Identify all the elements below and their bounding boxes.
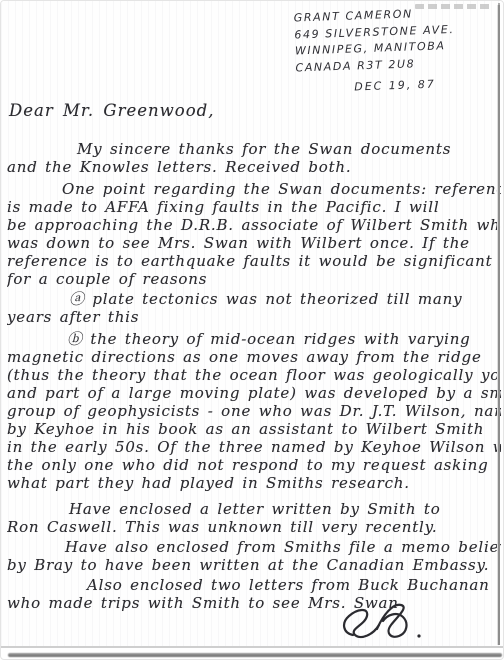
letter-line: group of geophysicists - one who was Dr.… — [7, 402, 501, 420]
page-bottom-edge — [1, 646, 503, 648]
salutation: Dear Mr. Greenwood, — [9, 101, 214, 120]
letter-line: Have also enclosed from Smiths file a me… — [7, 538, 501, 556]
letter-line: in the early 50s. Of the three named by … — [7, 438, 501, 456]
letter-line-item-b: ⓑ the theory of mid-ocean ridges with va… — [7, 330, 501, 348]
letter-line: be approaching the D.R.B. associate of W… — [7, 216, 501, 234]
letter-line: for a couple of reasons — [7, 270, 501, 288]
letter-line: the only one who did not respond to my r… — [7, 456, 501, 474]
scanned-letter-image: GRANT CAMERON 649 SILVERSTONE AVE. WINNI… — [0, 0, 504, 660]
letter-line: (thus the theory that the ocean floor wa… — [7, 366, 501, 384]
letter-line: years after this — [7, 308, 501, 326]
sender-address-block: GRANT CAMERON 649 SILVERSTONE AVE. WINNI… — [294, 4, 497, 98]
letter-line: Ron Caswell. This was unknown till very … — [7, 518, 501, 536]
letter-line: magnetic directions as one moves away fr… — [7, 348, 501, 366]
letter-line: and the Knowles letters. Received both. — [7, 158, 501, 176]
letter-line: is made to AFFA fixing faults in the Pac… — [7, 198, 501, 216]
letter-body: My sincere thanks for the Swan documents… — [7, 140, 501, 612]
signature — [339, 599, 431, 643]
letter-line: One point regarding the Swan documents: … — [7, 180, 501, 198]
letter-line: and part of a large moving plate) was de… — [7, 384, 501, 402]
letter-line: was down to see Mrs. Swan with Wilbert o… — [7, 234, 501, 252]
scan-bottom-shadow — [8, 653, 502, 657]
letter-page: GRANT CAMERON 649 SILVERSTONE AVE. WINNI… — [1, 1, 503, 647]
scan-right-edge — [498, 5, 500, 645]
letter-line: reference is to earthquake faults it wou… — [7, 252, 501, 270]
letter-line: by Keyhoe in his book as an assistant to… — [7, 420, 501, 438]
letter-line: My sincere thanks for the Swan documents — [7, 140, 501, 158]
letter-line: what part they had played in Smiths rese… — [7, 474, 501, 492]
letter-line: by Bray to have been written at the Cana… — [7, 556, 501, 574]
letter-line: Also enclosed two letters from Buck Buch… — [7, 576, 501, 594]
letter-line: Have enclosed a letter written by Smith … — [7, 500, 501, 518]
letter-line-item-a: ⓐ plate tectonics was not theorized till… — [7, 290, 501, 308]
letter-date: DEC 19, 87 — [296, 74, 496, 97]
